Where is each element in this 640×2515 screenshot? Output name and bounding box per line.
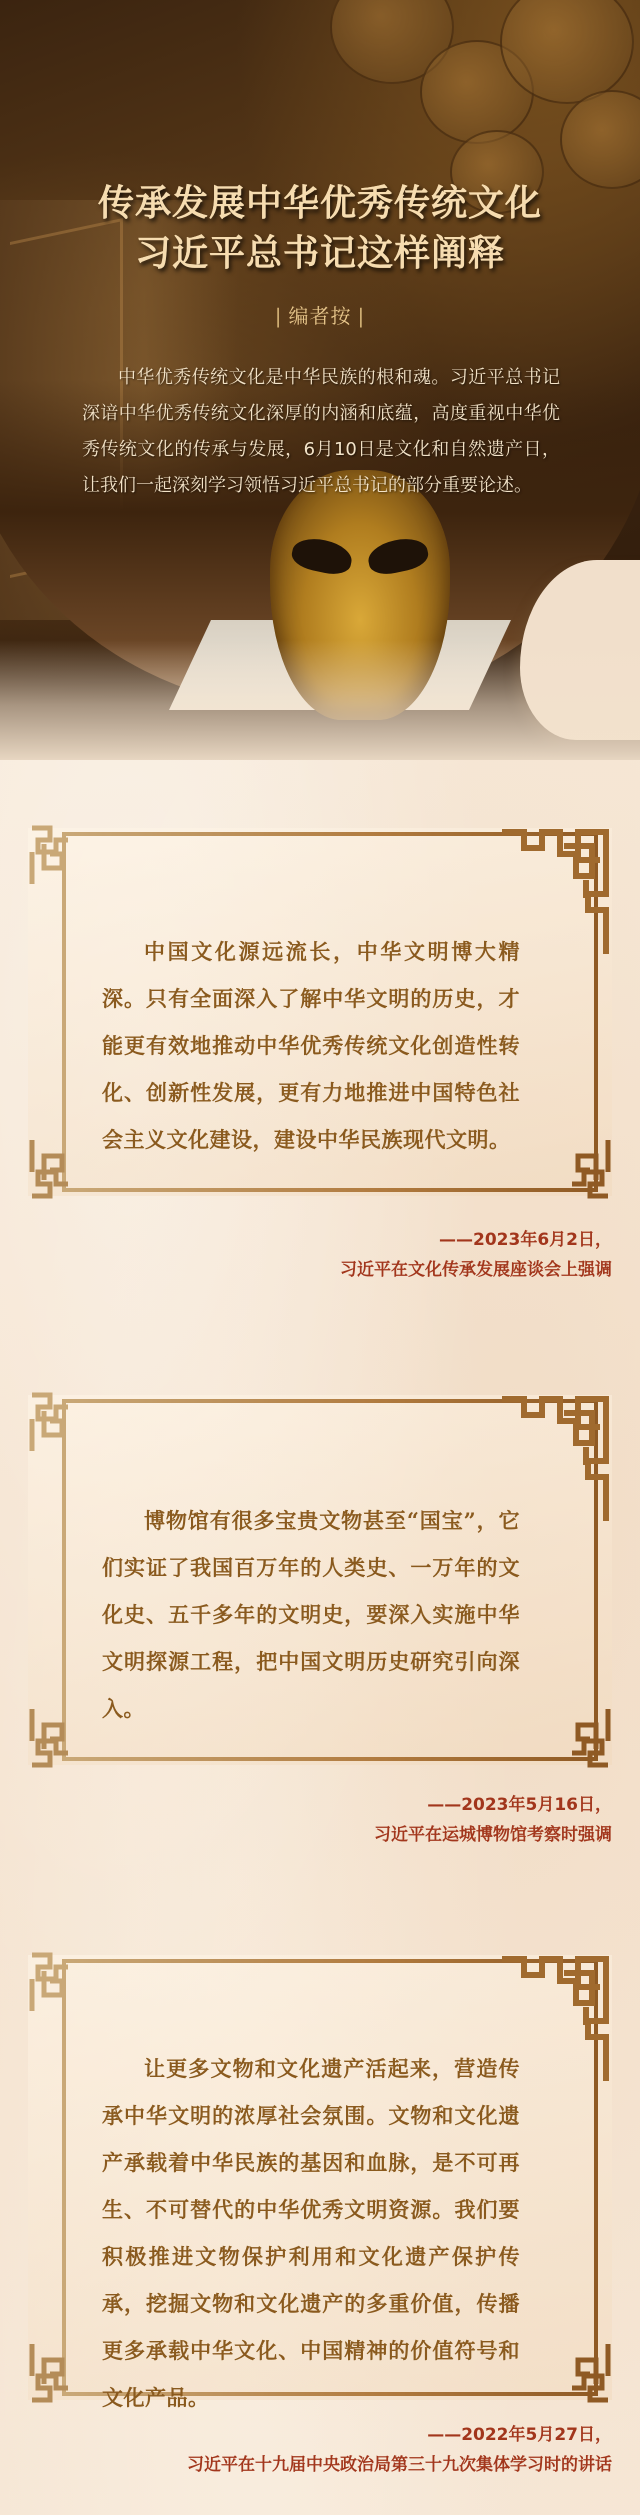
citation-date: ——2023年5月16日， [374, 1790, 612, 1820]
citation-date: ——2023年6月2日， [340, 1225, 612, 1255]
divider-bar: | [269, 304, 289, 328]
corner-knot-icon [550, 1707, 612, 1769]
quote-citation: ——2023年6月2日， 习近平在文化传承发展座谈会上强调 [340, 1225, 612, 1285]
quote-frame-1: 中国文化源远流长，中华文明博大精深。只有全面深入了解中华文明的历史，才能更有效地… [28, 828, 612, 1196]
corner-knot-icon [28, 1707, 90, 1769]
hero-banner: 传承发展中华优秀传统文化 习近平总书记这样阐释 |编者按| 中华优秀传统文化是中… [0, 0, 640, 760]
page-title: 传承发展中华优秀传统文化 [0, 178, 640, 228]
corner-knot-icon [550, 2342, 612, 2404]
divider-bar: | [352, 304, 372, 328]
corner-knot-icon [28, 2342, 90, 2404]
corner-knot-icon [28, 1138, 90, 1200]
corner-knot-icon [28, 1391, 90, 1453]
citation-date: ——2022年5月27日， [187, 2420, 612, 2450]
hero-fade [0, 640, 640, 760]
quote-text: 让更多文物和文化遗产活起来，营造传承中华文明的浓厚社会氛围。文物和文化遗产承载着… [102, 2045, 520, 2421]
mask-eye [289, 534, 354, 578]
editor-note-label: |编者按| [0, 300, 640, 329]
quote-citation: ——2023年5月16日， 习近平在运城博物馆考察时强调 [374, 1790, 612, 1850]
editor-note-text: 中华优秀传统文化是中华民族的根和魂。习近平总书记深谙中华优秀传统文化深厚的内涵和… [82, 360, 560, 504]
editor-note-title: 编者按 [289, 304, 352, 328]
corner-knot-icon [28, 824, 90, 886]
quote-text: 博物馆有很多宝贵文物甚至“国宝”，它们实证了我国百万年的人类史、一万年的文化史、… [102, 1497, 520, 1732]
corner-knot-icon [550, 1138, 612, 1200]
quote-text: 中国文化源远流长，中华文明博大精深。只有全面深入了解中华文明的历史，才能更有效地… [102, 928, 520, 1163]
mask-eye [365, 534, 430, 578]
corner-knot-icon [28, 1951, 90, 2013]
citation-source: 习近平在运城博物馆考察时强调 [374, 1820, 612, 1850]
quote-citation: ——2022年5月27日， 习近平在十九届中央政治局第三十九次集体学习时的讲话 [187, 2420, 612, 2480]
citation-source: 习近平在文化传承发展座谈会上强调 [340, 1255, 612, 1285]
page-subtitle: 习近平总书记这样阐释 [0, 228, 640, 278]
quote-frame-3: 让更多文物和文化遗产活起来，营造传承中华文明的浓厚社会氛围。文物和文化遗产承载着… [28, 1955, 612, 2400]
quote-frame-2: 博物馆有很多宝贵文物甚至“国宝”，它们实证了我国百万年的人类史、一万年的文化史、… [28, 1395, 612, 1765]
citation-source: 习近平在十九届中央政治局第三十九次集体学习时的讲话 [187, 2450, 612, 2480]
